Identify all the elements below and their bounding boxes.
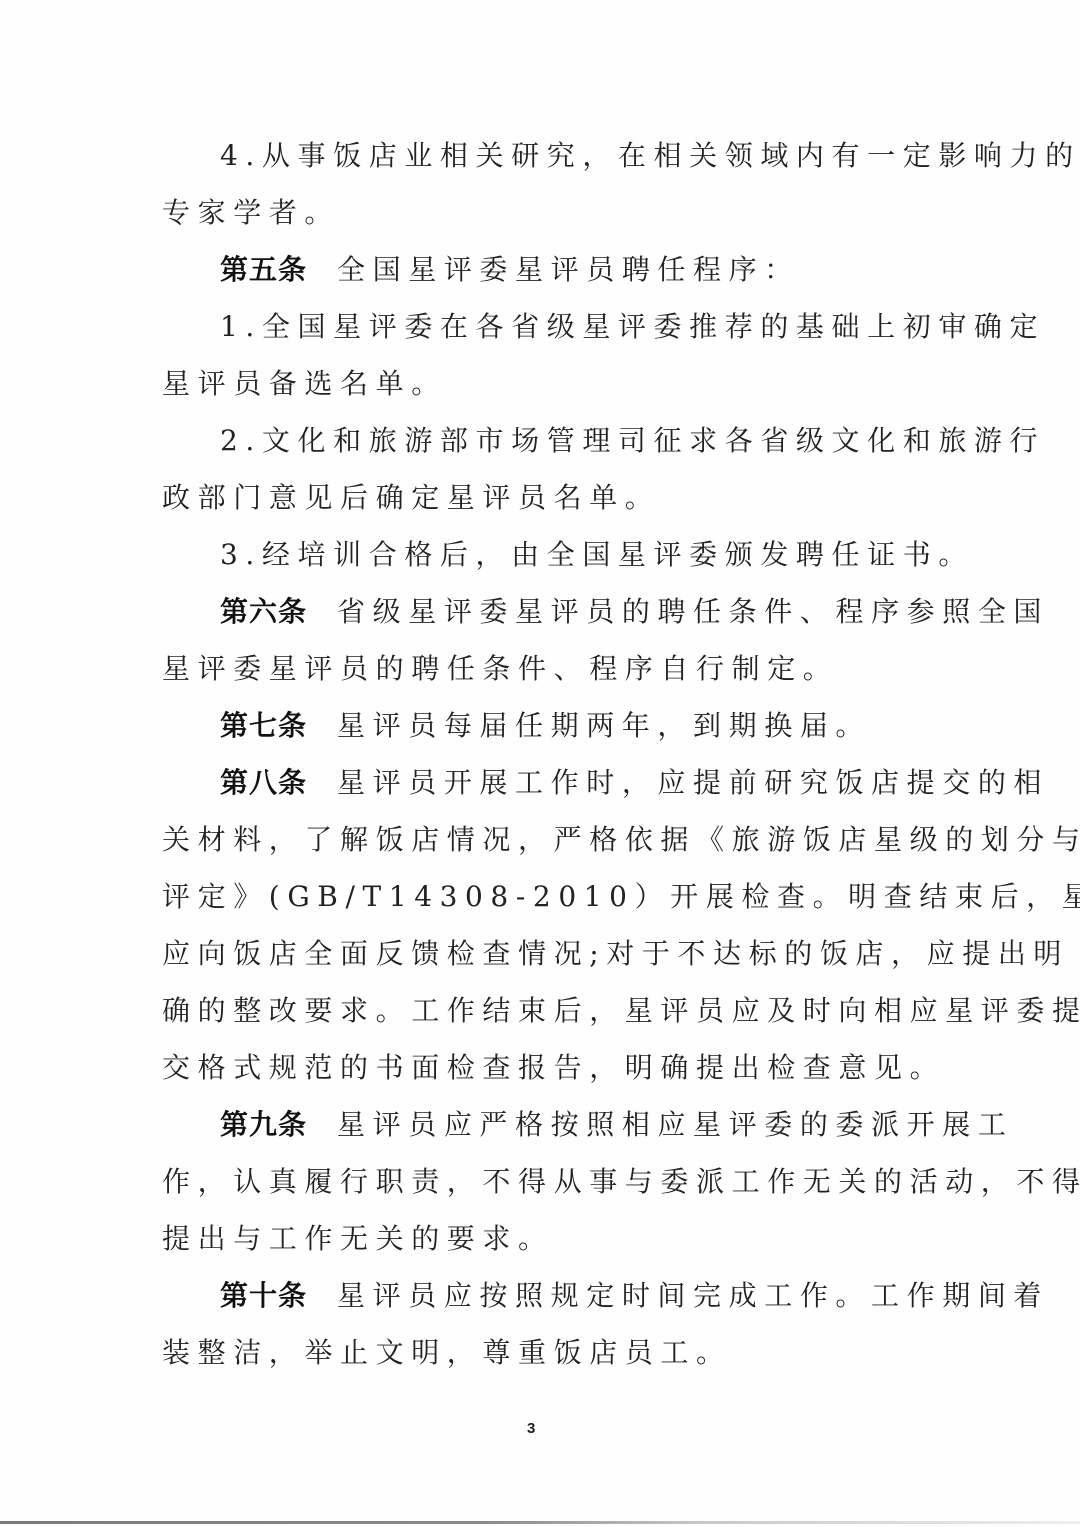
article-line: 第六条省级星评委星评员的聘任条件、程序参照全国 xyxy=(220,592,918,632)
text-line: 确的整改要求。工作结束后，星评员应及时向相应星评委提 xyxy=(162,991,918,1031)
line-text: 交格式规范的书面检查报告，明确提出检查意见。 xyxy=(162,1051,945,1084)
text-line: 提出与工作无关的要求。 xyxy=(162,1219,918,1259)
document-page: 4.从事饭店业相关研究，在相关领域内有一定影响力的 专家学者。 第五条全国星评委… xyxy=(0,0,1080,1527)
article-heading: 第七条 xyxy=(220,709,307,742)
text-line: 星评委星评员的聘任条件、程序自行制定。 xyxy=(162,649,918,689)
line-text: 专家学者。 xyxy=(162,196,340,229)
line-text: 全国星评委星评员聘任程序： xyxy=(337,253,800,286)
text-line: 评定》(GB/T14308-2010）开展检查。明查结束后，星评员 xyxy=(162,877,918,917)
line-text: 关材料，了解饭店情况，严格依据《旅游饭店星级的划分与 xyxy=(162,823,1080,856)
line-text: 装整洁，举止文明，尊重饭店员工。 xyxy=(162,1336,732,1369)
line-text: 星评员备选名单。 xyxy=(162,367,447,400)
text-line: 星评员备选名单。 xyxy=(162,364,918,404)
article-line: 第十条星评员应按照规定时间完成工作。工作期间着 xyxy=(220,1276,918,1316)
line-text: 1.全国星评委在各省级星评委推荐的基础上初审确定 xyxy=(220,310,1045,343)
line-text: 应向饭店全面反馈检查情况;对于不达标的饭店，应提出明 xyxy=(162,937,1069,970)
line-text: 3.经培训合格后，由全国星评委颁发聘任证书。 xyxy=(220,538,974,571)
text-line: 应向饭店全面反馈检查情况;对于不达标的饭店，应提出明 xyxy=(162,934,918,974)
text-line: 关材料，了解饭店情况，严格依据《旅游饭店星级的划分与 xyxy=(162,820,918,860)
article-heading: 第五条 xyxy=(220,253,307,286)
article-heading: 第十条 xyxy=(220,1279,307,1312)
line-text: 星评员每届任期两年，到期换届。 xyxy=(337,709,871,742)
page-number: 3 xyxy=(527,1420,535,1437)
line-text: 星评员开展工作时，应提前研究饭店提交的相 xyxy=(337,766,1049,799)
text-line: 专家学者。 xyxy=(162,193,918,233)
article-line: 第八条星评员开展工作时，应提前研究饭店提交的相 xyxy=(220,763,918,803)
line-text: 确的整改要求。工作结束后，星评员应及时向相应星评委提 xyxy=(162,994,1080,1027)
text-line: 4.从事饭店业相关研究，在相关领域内有一定影响力的 xyxy=(220,136,918,176)
text-line: 政部门意见后确定星评员名单。 xyxy=(162,478,918,518)
line-text: 星评员应严格按照相应星评委的委派开展工 xyxy=(337,1108,1013,1141)
text-line: 2.文化和旅游部市场管理司征求各省级文化和旅游行 xyxy=(220,421,918,461)
line-text: 省级星评委星评员的聘任条件、程序参照全国 xyxy=(337,595,1049,628)
line-text: 作，认真履行职责，不得从事与委派工作无关的活动，不得 xyxy=(162,1165,1080,1198)
text-line: 作，认真履行职责，不得从事与委派工作无关的活动，不得 xyxy=(162,1162,918,1202)
text-line: 装整洁，举止文明，尊重饭店员工。 xyxy=(162,1333,918,1373)
article-heading: 第九条 xyxy=(220,1108,307,1141)
line-text: 2.文化和旅游部市场管理司征求各省级文化和旅游行 xyxy=(220,424,1045,457)
text-line: 交格式规范的书面检查报告，明确提出检查意见。 xyxy=(162,1048,918,1088)
line-text: 提出与工作无关的要求。 xyxy=(162,1222,554,1255)
article-heading: 第八条 xyxy=(220,766,307,799)
article-line: 第五条全国星评委星评员聘任程序： xyxy=(220,250,918,290)
line-text: 4.从事饭店业相关研究，在相关领域内有一定影响力的 xyxy=(220,139,1080,172)
article-line: 第七条星评员每届任期两年，到期换届。 xyxy=(220,706,918,746)
article-heading: 第六条 xyxy=(220,595,307,628)
line-text: 星评员应按照规定时间完成工作。工作期间着 xyxy=(337,1279,1049,1312)
line-text: 政部门意见后确定星评员名单。 xyxy=(162,481,660,514)
scan-edge-divider xyxy=(0,1521,1080,1524)
text-line: 3.经培训合格后，由全国星评委颁发聘任证书。 xyxy=(220,535,918,575)
line-text: 星评委星评员的聘任条件、程序自行制定。 xyxy=(162,652,838,685)
text-line: 1.全国星评委在各省级星评委推荐的基础上初审确定 xyxy=(220,307,918,347)
article-line: 第九条星评员应严格按照相应星评委的委派开展工 xyxy=(220,1105,918,1145)
line-text: 评定》(GB/T14308-2010）开展检查。明查结束后，星评员 xyxy=(162,880,1080,913)
